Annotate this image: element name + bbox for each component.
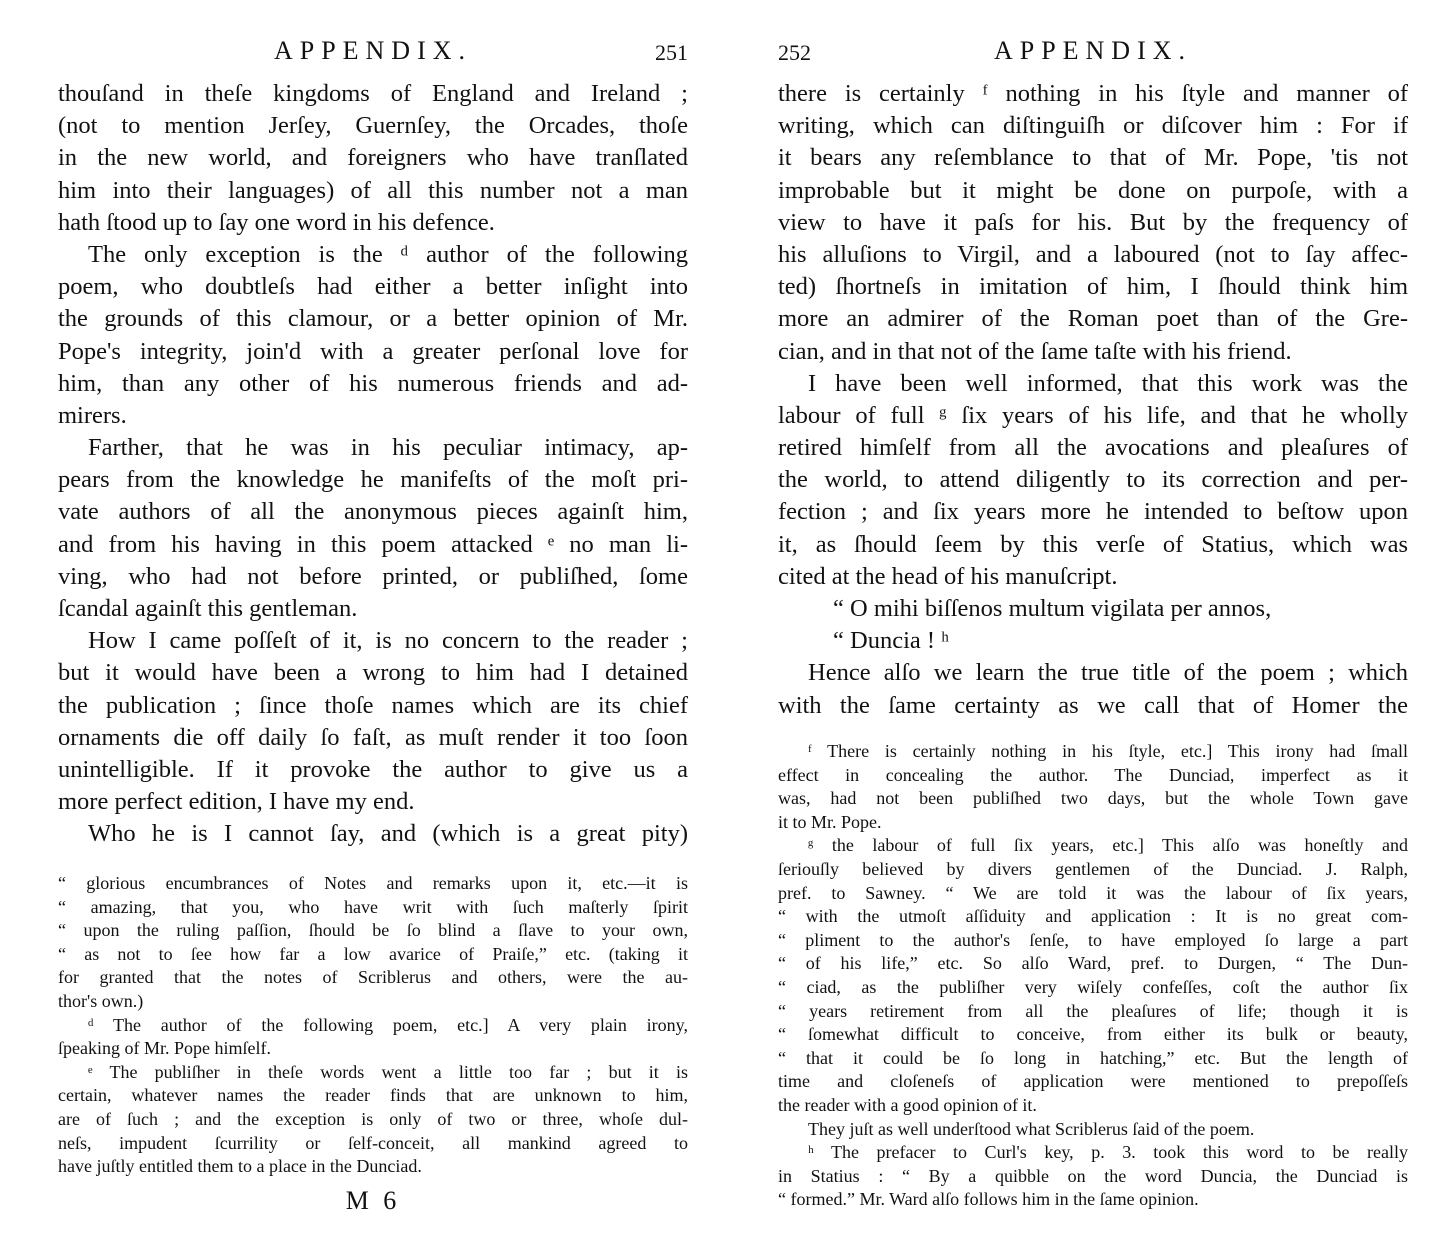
- footnote-line: effect in concealing the author. The Dun…: [778, 764, 1408, 788]
- right-body-text: there is certainly ᶠ nothing in his ſtyl…: [778, 78, 1408, 722]
- text-line: I have been well informed, that this wor…: [778, 368, 1408, 400]
- footnote-line: “ years retirement from all the pleaſure…: [778, 1000, 1408, 1024]
- text-line: but it would have been a wrong to him ha…: [58, 657, 688, 689]
- text-line: Pope's integrity, join'd with a greater …: [58, 336, 688, 368]
- text-line: unintelligible. If it provoke the author…: [58, 754, 688, 786]
- text-line: there is certainly ᶠ nothing in his ſtyl…: [778, 78, 1408, 110]
- footnote-line: “ as not to ſee how far a low avarice of…: [58, 943, 688, 967]
- text-line: in the new world, and foreigners who hav…: [58, 142, 688, 174]
- footnote-line: “ ſomewhat difficult to conceive, from e…: [778, 1023, 1408, 1047]
- footnote-line: it to Mr. Pope.: [778, 811, 1408, 835]
- text-line: pears from the knowledge he manifeſts of…: [58, 464, 688, 496]
- footnote-line: ᵉ The publiſher in theſe words went a li…: [58, 1061, 688, 1085]
- footnote-line: pref. to Sawney. “ We are told it was th…: [778, 882, 1408, 906]
- text-line: vate authors of all the anonymous pieces…: [58, 496, 688, 528]
- footnote-line: “ glorious encumbrances of Notes and rem…: [58, 872, 688, 896]
- right-footnotes: ᶠ There is certainly nothing in his ſtyl…: [778, 740, 1408, 1212]
- text-line: his alluſions to Virgil, and a laboured …: [778, 239, 1408, 271]
- footnote-line: in Statius : “ By a quibble on the word …: [778, 1165, 1408, 1189]
- text-line: ted) ſhortneſs in imitation of him, I ſh…: [778, 271, 1408, 303]
- text-line: more an admirer of the Roman poet than o…: [778, 303, 1408, 335]
- footnote-line: thor's own.): [58, 990, 688, 1014]
- text-line: the grounds of this clamour, or a better…: [58, 303, 688, 335]
- footnote-line: are of ſuch ; and the exception is only …: [58, 1108, 688, 1132]
- text-line: retired himſelf from all the avocations …: [778, 432, 1408, 464]
- footnote-line: have juſtly entitled them to a place in …: [58, 1155, 688, 1179]
- text-line: ornaments die off daily ſo faſt, as muſt…: [58, 722, 688, 754]
- footnote-line: neſs, impudent ſcurrility or ſelf-concei…: [58, 1132, 688, 1156]
- text-line: “ Duncia ! ʰ: [778, 625, 1408, 657]
- running-title: APPENDIX.: [778, 36, 1408, 66]
- text-line: labour of full ᵍ ſix years of his life, …: [778, 400, 1408, 432]
- page-number: 251: [655, 40, 688, 66]
- text-line: view to have it paſs for his. But by the…: [778, 207, 1408, 239]
- text-line: (not to mention Jerſey, Guernſey, the Or…: [58, 110, 688, 142]
- text-line: Hence alſo we learn the true title of th…: [778, 657, 1408, 689]
- text-line: The only exception is the ᵈ author of th…: [58, 239, 688, 271]
- footnote-line: time and cloſeneſs of application were m…: [778, 1070, 1408, 1094]
- text-line: Who he is I cannot ſay, and (which is a …: [58, 818, 688, 850]
- right-page-header: 252 APPENDIX.: [778, 36, 1408, 70]
- footnote-line: certain, whatever names the reader finds…: [58, 1084, 688, 1108]
- running-title: APPENDIX.: [58, 36, 688, 66]
- text-line: it bears any reſemblance to that of Mr. …: [778, 142, 1408, 174]
- text-line: the publication ; ſince thoſe names whic…: [58, 690, 688, 722]
- signature-mark: M 6: [58, 1186, 688, 1216]
- text-line: with the ſame certainty as we call that …: [778, 690, 1408, 722]
- left-page-header: APPENDIX. 251: [58, 36, 688, 70]
- text-line: improbable but it might be done on purpo…: [778, 175, 1408, 207]
- footnote-line: “ that it could be ſo long in hatching,”…: [778, 1047, 1408, 1071]
- text-line: Farther, that he was in his peculiar int…: [58, 432, 688, 464]
- footnote-line: ſeriouſly believed by divers gentlemen o…: [778, 858, 1408, 882]
- footnote-line: “ ciad, as the publiſher very wiſely con…: [778, 976, 1408, 1000]
- footnote-line: They juſt as well underſtood what Scribl…: [778, 1118, 1408, 1142]
- footnote-line: for granted that the notes of Scriblerus…: [58, 966, 688, 990]
- text-line: thouſand in theſe kingdoms of England an…: [58, 78, 688, 110]
- text-line: more perfect edition, I have my end.: [58, 786, 688, 818]
- text-line: ſcandal againſt this gentleman.: [58, 593, 688, 625]
- text-line: ving, who had not before printed, or pub…: [58, 561, 688, 593]
- text-line: and from his having in this poem attacke…: [58, 529, 688, 561]
- left-body-text: thouſand in theſe kingdoms of England an…: [58, 78, 688, 851]
- footnote-line: “ pliment to the author's ſenſe, to have…: [778, 929, 1408, 953]
- text-line: the world, to attend diligently to its c…: [778, 464, 1408, 496]
- footnote-line: ᵍ the labour of full ſix years, etc.] Th…: [778, 834, 1408, 858]
- footnote-line: “ amazing, that you, who have writ with …: [58, 896, 688, 920]
- text-line: poem, who doubtleſs had either a better …: [58, 271, 688, 303]
- footnote-line: was, had not been publiſhed two days, bu…: [778, 787, 1408, 811]
- text-line: “ O mihi biſſenos multum vigilata per an…: [778, 593, 1408, 625]
- text-line: mirers.: [58, 400, 688, 432]
- text-line: cited at the head of his manuſcript.: [778, 561, 1408, 593]
- footnote-line: “ of his life,” etc. So alſo Ward, pref.…: [778, 952, 1408, 976]
- text-line: writing, which can diſtinguiſh or diſcov…: [778, 110, 1408, 142]
- text-line: How I came poſſeſt of it, is no concern …: [58, 625, 688, 657]
- text-line: it, as ſhould ſeem by this verſe of Stat…: [778, 529, 1408, 561]
- text-line: cian, and in that not of the ſame taſte …: [778, 336, 1408, 368]
- footnote-line: ſpeaking of Mr. Pope himſelf.: [58, 1037, 688, 1061]
- text-line: fection ; and ſix years more he intended…: [778, 496, 1408, 528]
- footnote-line: “ formed.” Mr. Ward alſo follows him in …: [778, 1188, 1408, 1212]
- footnote-line: “ upon the ruling paſſion, ſhould be ſo …: [58, 919, 688, 943]
- text-line: him, than any other of his numerous frie…: [58, 368, 688, 400]
- text-line: him into their languages) of all this nu…: [58, 175, 688, 207]
- left-footnotes: “ glorious encumbrances of Notes and rem…: [58, 872, 688, 1179]
- text-line: hath ſtood up to ſay one word in his def…: [58, 207, 688, 239]
- footnote-line: the reader with a good opinion of it.: [778, 1094, 1408, 1118]
- footnote-line: ᶠ There is certainly nothing in his ſtyl…: [778, 740, 1408, 764]
- footnote-line: ʰ The prefacer to Curl's key, p. 3. took…: [778, 1141, 1408, 1165]
- footnote-line: “ with the utmoſt aſſiduity and applicat…: [778, 905, 1408, 929]
- footnote-line: ᵈ The author of the following poem, etc.…: [58, 1014, 688, 1038]
